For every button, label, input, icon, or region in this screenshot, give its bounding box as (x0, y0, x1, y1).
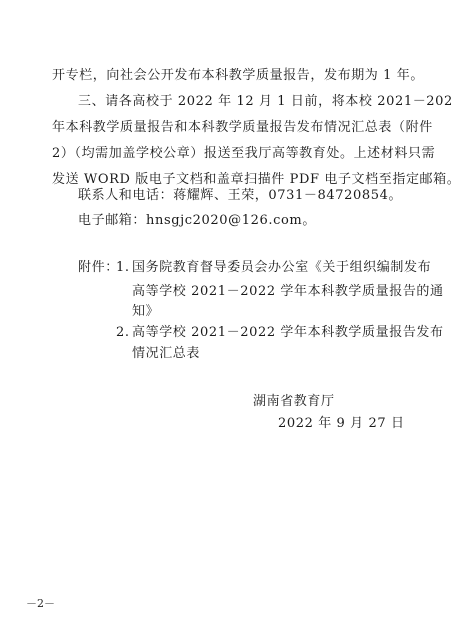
body-text-line: 开专栏，向社会公开发布本科教学质量报告，发布期为 1 年。 (52, 68, 398, 84)
email-info: 电子邮箱：hnsgjc2020@126.com。 (78, 213, 316, 229)
body-text-line: 年本科教学质量报告和本科教学质量报告发布情况汇总表（附件 (52, 120, 398, 136)
issue-date: 2022 年 9 月 27 日 (278, 416, 405, 432)
issuer-name: 湖南省教育厅 (253, 394, 335, 410)
page-number: －2－ (26, 597, 55, 611)
contact-text: 联系人和电话：蒋耀辉、王荣，0731－84720854。 (78, 188, 402, 203)
body-text-line: 2）（均需加盖学校公章）报送至我厅高等教育处。上述材料只需 (52, 146, 398, 162)
attachment-line: 高等学校 2021－2022 学年本科教学质量报告的通 (132, 284, 398, 300)
attachments-label: 附件： (78, 260, 119, 276)
body-text-line: 三、请各高校于 2022 年 12 月 1 日前，将本校 2021－2022 学 (78, 94, 398, 110)
attachment-line: 高等学校 2021－2022 学年本科教学质量报告发布 (132, 325, 398, 341)
document-page: 开专栏，向社会公开发布本科教学质量报告，发布期为 1 年。 三、请各高校于 20… (0, 0, 451, 643)
attachment-line: 知》 (132, 304, 159, 320)
email-text: 电子邮箱：hnsgjc2020@126.com。 (78, 213, 316, 228)
attachment-line: 国务院教育督导委员会办公室《关于组织编制发布 (132, 260, 398, 276)
attachment-line: 情况汇总表 (132, 346, 200, 362)
body-text-line: 发送 WORD 版电子文档和盖章扫描件 PDF 电子文档至指定邮箱。 (52, 172, 398, 188)
attachment-number: 1. (116, 260, 130, 276)
attachment-number: 2. (116, 325, 130, 341)
contact-info: 联系人和电话：蒋耀辉、王荣，0731－84720854。 (78, 188, 402, 204)
